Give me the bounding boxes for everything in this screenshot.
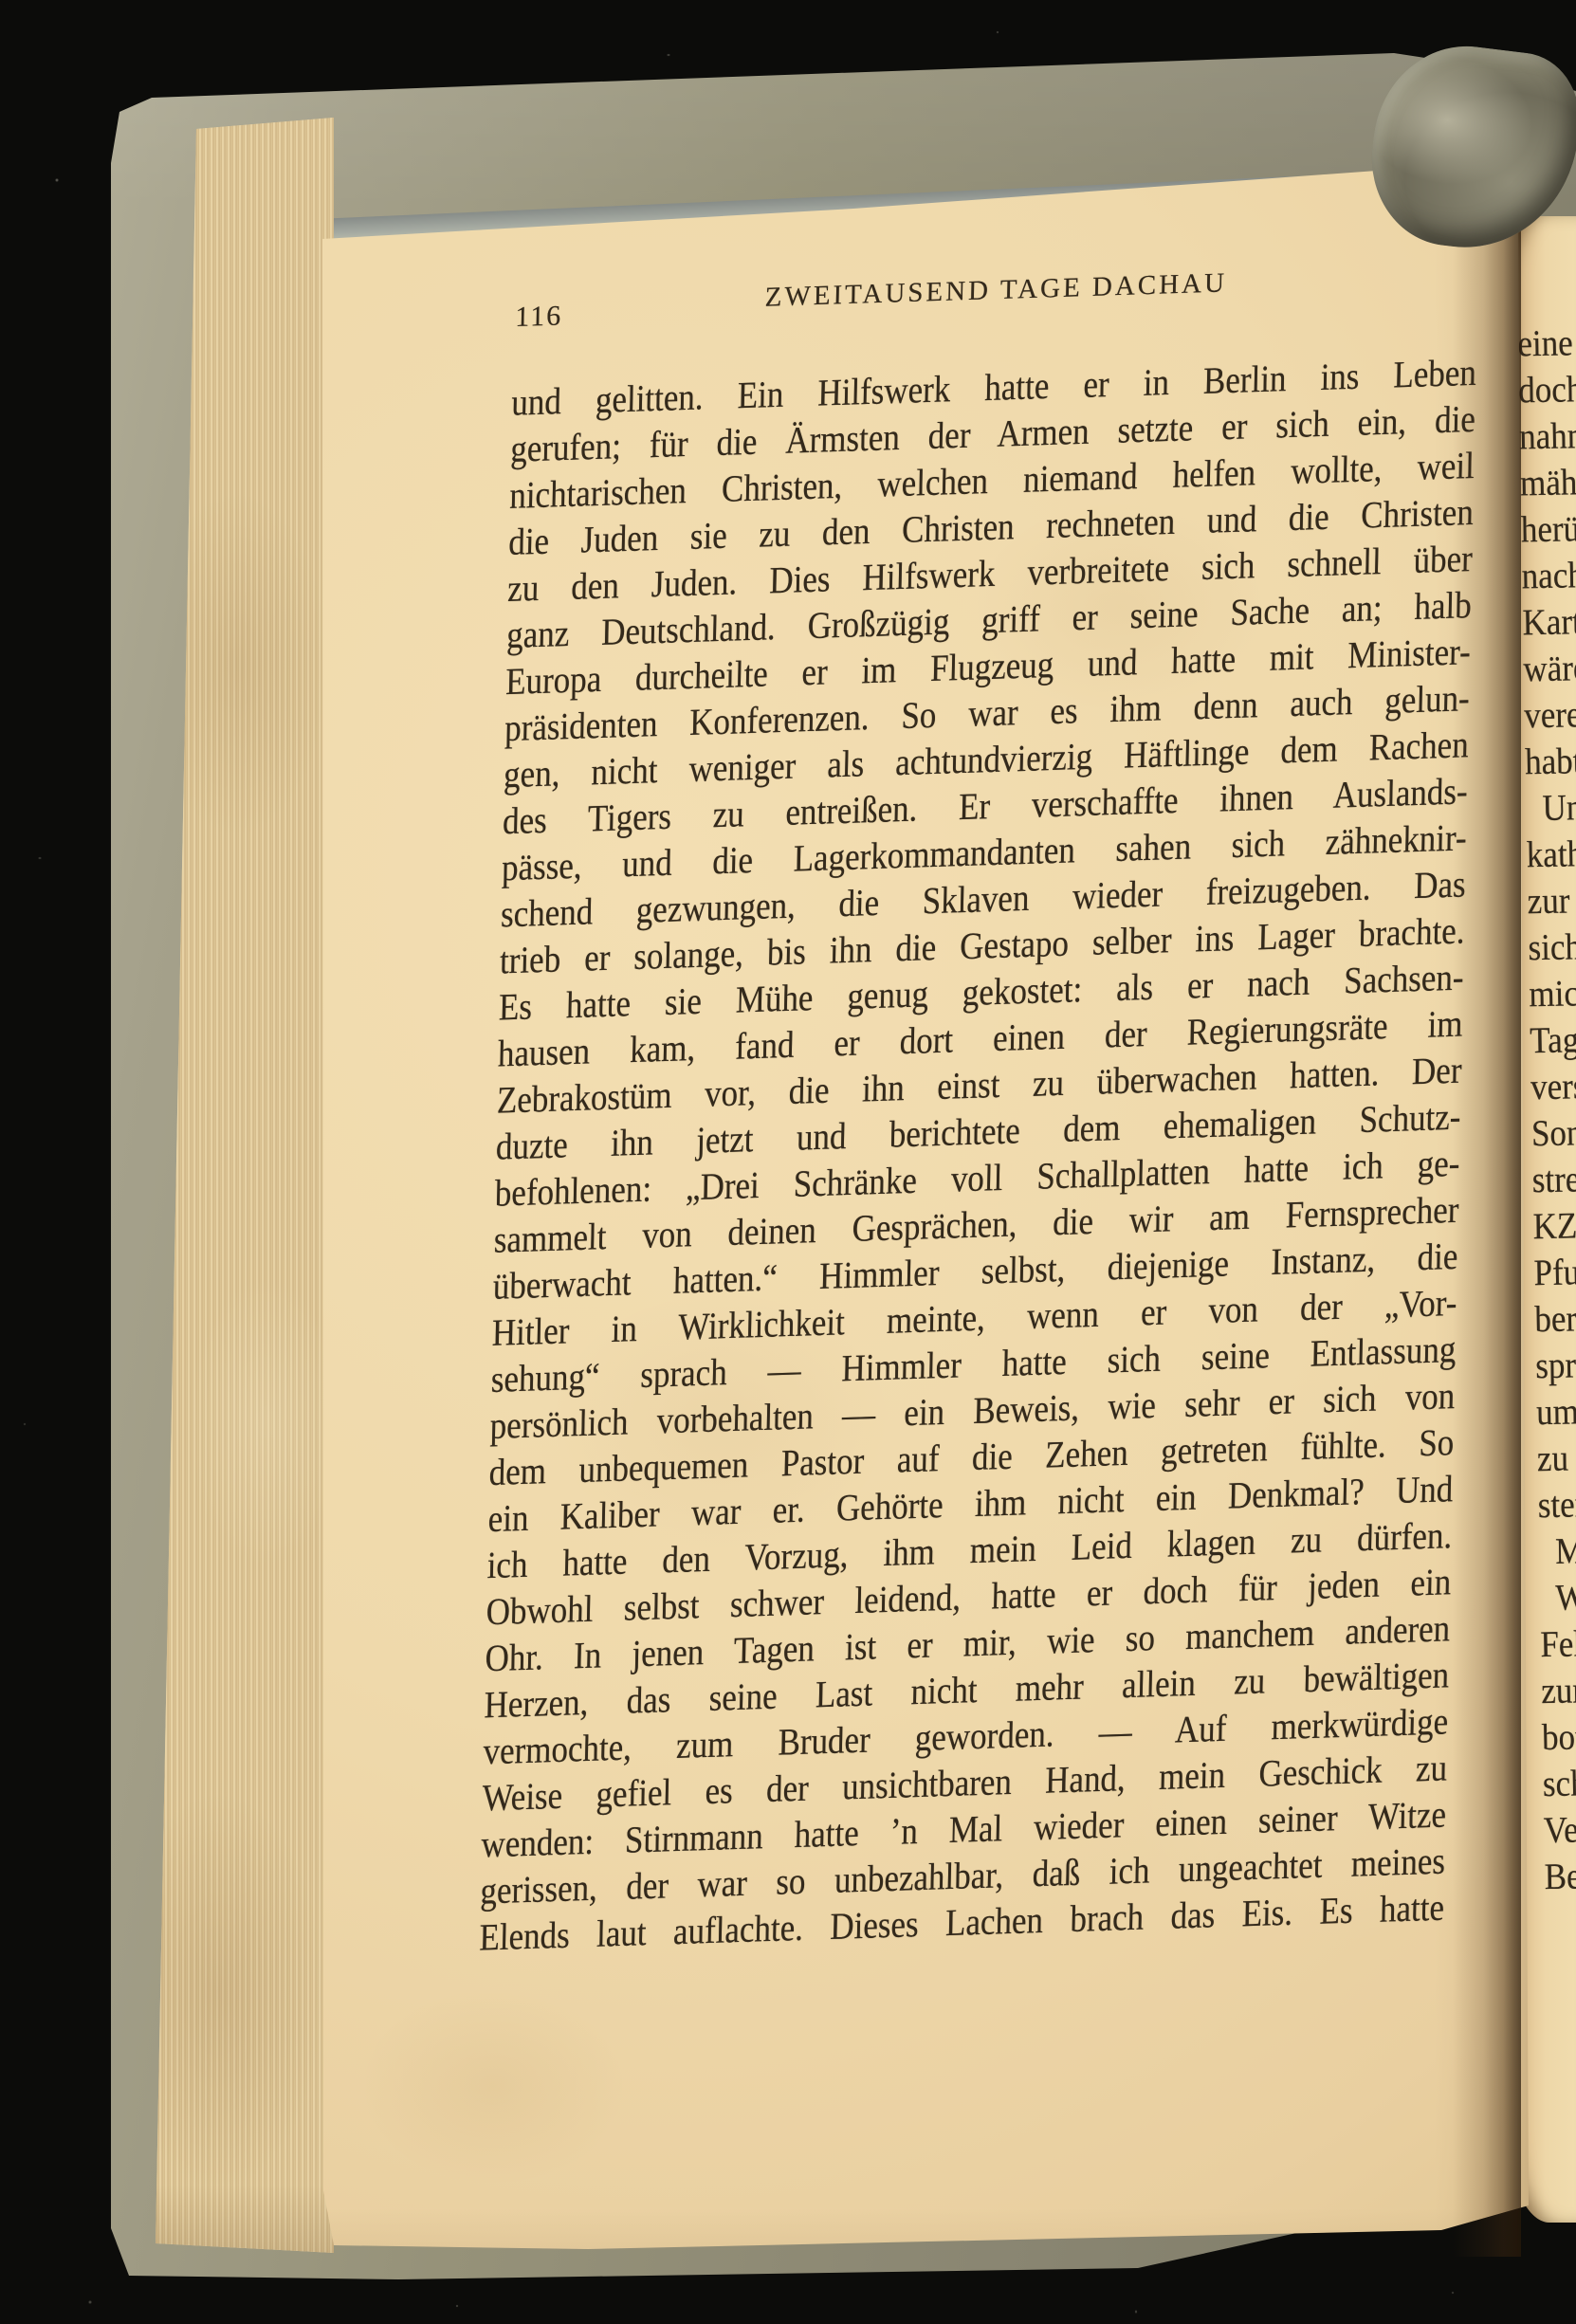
text-line-fragment: Sonn <box>1530 1106 1576 1160</box>
left-page-text: 116 ZWEITAUSEND TAGE DACHAU und gelitten… <box>479 256 1478 1961</box>
text-line-fragment: KZ <box>1532 1199 1576 1253</box>
text-line-fragment: Karto <box>1522 595 1576 649</box>
text-line-fragment: Ver <box>1543 1802 1576 1857</box>
text-line-fragment: Fehl <box>1540 1617 1576 1671</box>
body-text: und gelitten. Ein Hilfswerk hatte er in … <box>479 349 1476 1961</box>
text-line-fragment: habt <box>1525 734 1576 788</box>
text-line-fragment: M <box>1538 1524 1576 1578</box>
text-line-fragment: zu la <box>1536 1431 1576 1485</box>
photo-backdrop: eine vdoch anahmmähliherübnachteKartowär… <box>0 0 1576 2324</box>
text-line-fragment: um d <box>1536 1384 1576 1438</box>
right-page-text-fragments: eine vdoch anahmmähliherübnachteKartowär… <box>1517 319 1576 1900</box>
text-line-fragment: mähli <box>1520 455 1576 509</box>
text-line-fragment: nachte <box>1521 548 1576 602</box>
text-line-fragment: wäre <box>1523 641 1576 695</box>
text-line-fragment: Pfun <box>1533 1245 1576 1299</box>
text-line-fragment: versö <box>1530 1059 1576 1113</box>
text-line-fragment: ber, <box>1534 1291 1576 1345</box>
gutter-shadow <box>1453 142 1521 2257</box>
text-line-fragment: stert <box>1537 1477 1576 1531</box>
text-line-fragment: zur F <box>1527 873 1576 927</box>
text-line-fragment: Begr <box>1544 1849 1576 1903</box>
text-line-fragment: Tages <box>1530 1013 1576 1067</box>
text-line-fragment: W <box>1539 1570 1576 1624</box>
text-line-fragment: herüb <box>1520 502 1576 556</box>
text-line-fragment: katho <box>1526 827 1576 881</box>
text-line-fragment: mich <box>1529 966 1576 1020</box>
text-line-fragment: zur <box>1541 1663 1576 1717</box>
text-line-fragment: doch a <box>1518 362 1576 416</box>
text-line-fragment: nahm <box>1519 409 1576 463</box>
text-line-fragment: eine v <box>1517 316 1576 370</box>
text-line-fragment: sich z <box>1528 920 1576 974</box>
text-line-fragment: sprac <box>1535 1338 1576 1392</box>
text-line-fragment: schw <box>1542 1756 1576 1810</box>
text-line-fragment: bote <box>1542 1710 1576 1764</box>
text-line-fragment: Un <box>1526 780 1576 834</box>
text-line-fragment: streif <box>1531 1152 1576 1206</box>
page-number: 116 <box>515 300 563 334</box>
text-line-fragment: verehr <box>1524 687 1576 741</box>
